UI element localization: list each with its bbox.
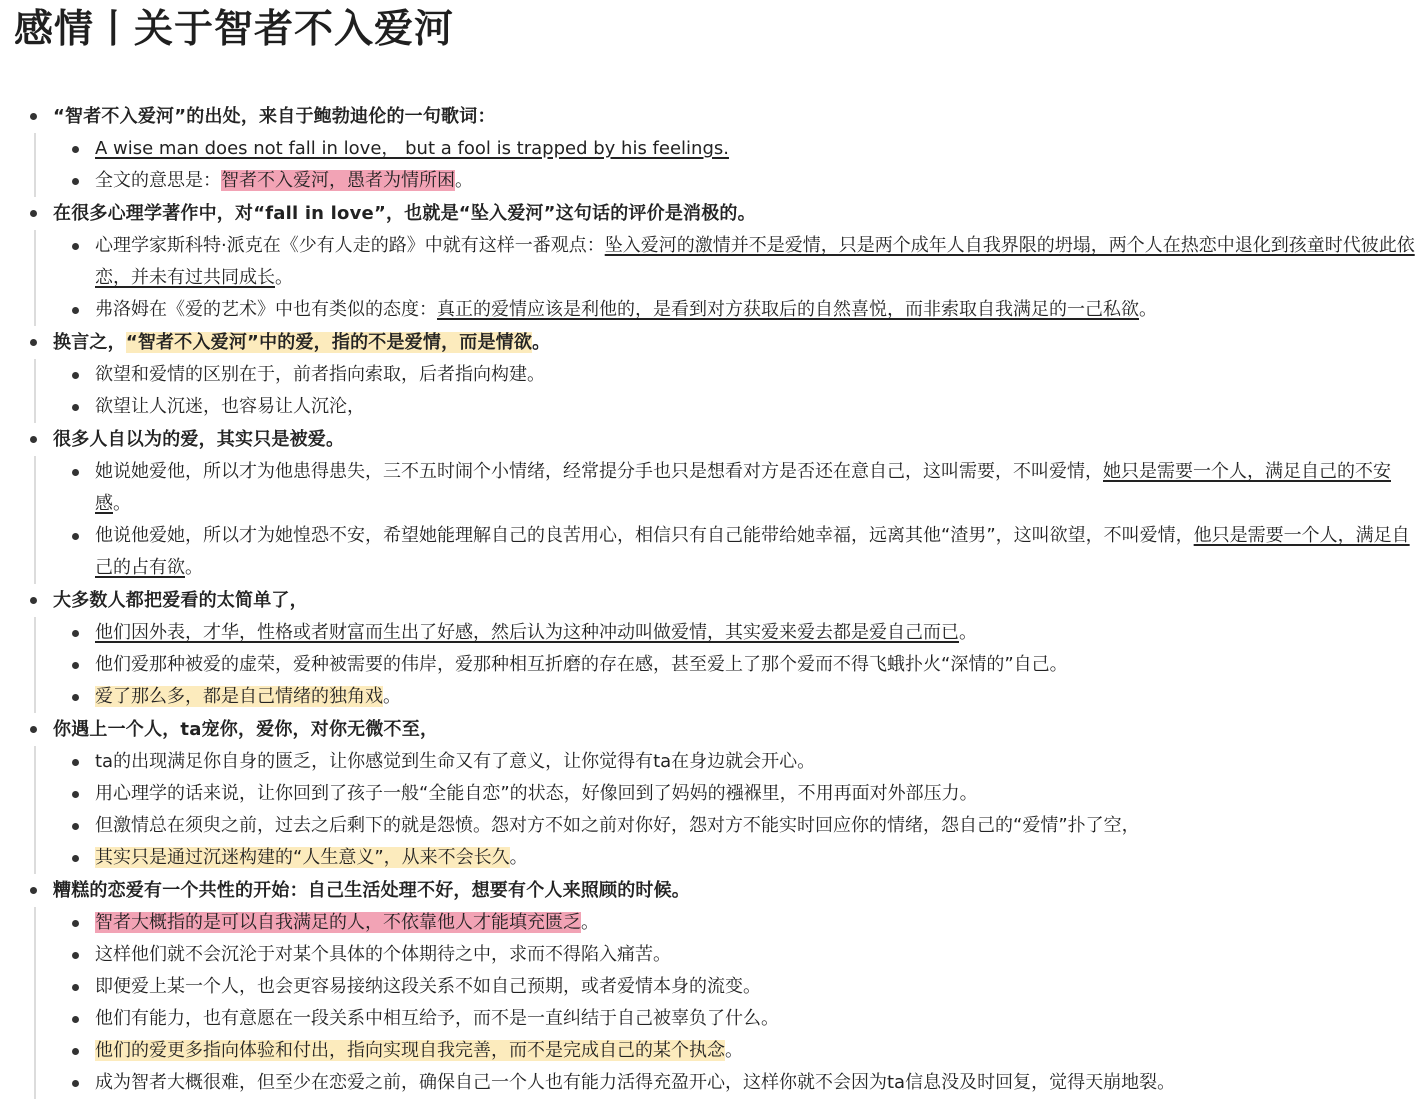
section-heading: “智者不入爱河”的出处，来自于鲍勃迪伦的一句歌词：	[53, 100, 1426, 133]
bullet-dot-icon	[72, 791, 79, 798]
bullet-dot-icon	[72, 533, 79, 540]
bullet-dot-icon	[72, 694, 79, 701]
list-item-text: 他们爱那种被爱的虚荣，爱种被需要的伟岸，爱那种相互折磨的存在感，甚至爱上了那个爱…	[95, 649, 1426, 681]
text-run: 。	[275, 267, 293, 288]
list-item: 这样他们就不会沉沦于对某个具体的个体期待之中，求而不得陷入痛苦。	[55, 939, 1426, 971]
list-item-text: 全文的意思是：智者不入爱河，愚者为情所困。	[95, 165, 1426, 197]
page-title: 感情丨关于智者不入爱河	[14, 0, 1426, 56]
bullet-dot-icon	[72, 307, 79, 314]
list-item-text: 用心理学的话来说，让你回到了孩子一般“全能自恋”的状态，好像回到了妈妈的襁褓里，…	[95, 778, 1426, 810]
list-item-text: 欲望和爱情的区别在于，前者指向索取，后者指向构建。	[95, 359, 1426, 391]
pink-highlight: 智者大概指的是可以自我满足的人，不依靠他人才能填充匮乏	[95, 912, 581, 933]
yellow-highlight: 爱了那么多，都是自己情绪的独角戏	[95, 686, 383, 707]
outline-section: 大多数人都把爱看的太简单了，他们因外表，才华，性格或者财富而生出了好感，然后认为…	[14, 584, 1426, 713]
list-item-text: 智者大概指的是可以自我满足的人，不依靠他人才能填充匮乏。	[95, 907, 1426, 939]
outline-list: “智者不入爱河”的出处，来自于鲍勃迪伦的一句歌词：A wise man does…	[14, 100, 1426, 1099]
section-heading: 你遇上一个人，ta宠你，爱你，对你无微不至，	[53, 713, 1426, 746]
list-item-text: 他们的爱更多指向体验和付出，指向实现自我完善，而不是完成自己的某个执念。	[95, 1035, 1426, 1067]
yellow-highlight: 他们的爱更多指向体验和付出，指向实现自我完善，而不是完成自己的某个执念	[95, 1040, 725, 1061]
list-item: ta的出现满足你自身的匮乏，让你感觉到生命又有了意义，让你觉得有ta在身边就会开…	[55, 746, 1426, 778]
text-run: 他说他爱她，所以才为她惶恐不安，希望她能理解自己的良苦用心，相信只有自己能带给她…	[95, 525, 1194, 546]
section-heading: 大多数人都把爱看的太简单了，	[53, 584, 1426, 617]
bullet-dot-icon	[72, 984, 79, 991]
list-item: 智者大概指的是可以自我满足的人，不依靠他人才能填充匮乏。	[55, 907, 1426, 939]
text-run: 欲望和爱情的区别在于，前者指向索取，后者指向构建。	[95, 364, 545, 385]
text-run: 。	[510, 847, 528, 868]
list-item: 他们因外表，才华，性格或者财富而生出了好感，然后认为这种冲动叫做爱情，其实爱来爱…	[55, 617, 1426, 649]
list-item-text: 欲望让人沉迷，也容易让人沉沦，	[95, 391, 1426, 423]
text-run: 很多人自以为的爱，其实只是被爱。	[53, 429, 344, 450]
list-item: 他说他爱她，所以才为她惶恐不安，希望她能理解自己的良苦用心，相信只有自己能带给她…	[55, 520, 1426, 584]
list-item-text: 这样他们就不会沉沦于对某个具体的个体期待之中，求而不得陷入痛苦。	[95, 939, 1426, 971]
sub-list: ta的出现满足你自身的匮乏，让你感觉到生命又有了意义，让你觉得有ta在身边就会开…	[34, 746, 1426, 874]
bullet-dot-icon	[72, 372, 79, 379]
bullet-dot-icon	[72, 1048, 79, 1055]
yellow-highlight: “智者不入爱河”中的爱，指的不是爱情，而是情欲	[126, 332, 532, 353]
list-item-text: A wise man does not fall in love， but a …	[95, 133, 1426, 165]
text-run: 欲望让人沉迷，也容易让人沉沦，	[95, 396, 365, 417]
list-item: 她说她爱他，所以才为他患得患失，三不五时闹个小情绪，经常提分手也只是想看对方是否…	[55, 456, 1426, 520]
outline-section: 很多人自以为的爱，其实只是被爱。她说她爱他，所以才为他患得患失，三不五时闹个小情…	[14, 423, 1426, 584]
bullet-dot-icon	[72, 469, 79, 476]
bullet-dot-icon	[30, 210, 37, 217]
bullet-dot-icon	[30, 113, 37, 120]
section-heading: 糟糕的恋爱有一个共性的开始：自己生活处理不好，想要有个人来照顾的时候。	[53, 874, 1426, 907]
list-item: 即便爱上某一个人，也会更容易接纳这段关系不如自己预期，或者爱情本身的流变。	[55, 971, 1426, 1003]
bullet-dot-icon	[72, 243, 79, 250]
text-run: 即便爱上某一个人，也会更容易接纳这段关系不如自己预期，或者爱情本身的流变。	[95, 976, 761, 997]
text-run: 你遇上一个人，ta宠你，爱你，对你无微不至，	[53, 719, 438, 740]
outline-section: 糟糕的恋爱有一个共性的开始：自己生活处理不好，想要有个人来照顾的时候。智者大概指…	[14, 874, 1426, 1099]
text-run: ta的出现满足你自身的匮乏，让你感觉到生命又有了意义，让你觉得有ta在身边就会开…	[95, 751, 815, 772]
text-run: 。	[532, 332, 550, 353]
section-heading: 在很多心理学著作中，对“fall in love”，也就是“坠入爱河”这句话的评…	[53, 197, 1426, 230]
list-item: 但激情总在须臾之前，过去之后剩下的就是怨愤。怨对方不如之前对你好，怨对方不能实时…	[55, 810, 1426, 842]
list-item: 欲望让人沉迷，也容易让人沉沦，	[55, 391, 1426, 423]
bullet-dot-icon	[72, 759, 79, 766]
text-run: 大多数人都把爱看的太简单了，	[53, 590, 308, 611]
text-run: 这样他们就不会沉沦于对某个具体的个体期待之中，求而不得陷入痛苦。	[95, 944, 671, 965]
section-heading: 很多人自以为的爱，其实只是被爱。	[53, 423, 1426, 456]
list-item-text: 但激情总在须臾之前，过去之后剩下的就是怨愤。怨对方不如之前对你好，怨对方不能实时…	[95, 810, 1426, 842]
underlined-text: 他们因外表，才华，性格或者财富而生出了好感，然后认为这种冲动叫做爱情，其实爱来爱…	[95, 622, 959, 643]
bullet-dot-icon	[72, 662, 79, 669]
text-run: 全文的意思是：	[95, 170, 221, 191]
pink-highlight: 智者不入爱河，愚者为情所困	[221, 170, 455, 191]
document-page: 感情丨关于智者不入爱河 “智者不入爱河”的出处，来自于鲍勃迪伦的一句歌词：A w…	[0, 0, 1426, 1099]
bullet-dot-icon	[72, 823, 79, 830]
bullet-dot-icon	[30, 726, 37, 733]
list-item: 弗洛姆在《爱的艺术》中也有类似的态度：真正的爱情应该是利他的，是看到对方获取后的…	[55, 294, 1426, 326]
list-item: 爱了那么多，都是自己情绪的独角戏。	[55, 681, 1426, 713]
bullet-dot-icon	[72, 1080, 79, 1087]
bullet-dot-icon	[30, 436, 37, 443]
bullet-dot-icon	[72, 178, 79, 185]
bullet-dot-icon	[72, 1016, 79, 1023]
outline-section: “智者不入爱河”的出处，来自于鲍勃迪伦的一句歌词：A wise man does…	[14, 100, 1426, 197]
bullet-dot-icon	[30, 597, 37, 604]
text-run: 心理学家斯科特·派克在《少有人走的路》中就有这样一番观点：	[95, 235, 605, 256]
text-run: 。	[1139, 299, 1157, 320]
list-item-text: 成为智者大概很难，但至少在恋爱之前，确保自己一个人也有能力活得充盈开心，这样你就…	[95, 1067, 1426, 1099]
text-run: 。	[581, 912, 599, 933]
bullet-dot-icon	[72, 855, 79, 862]
sub-list: 她说她爱他，所以才为他患得患失，三不五时闹个小情绪，经常提分手也只是想看对方是否…	[34, 456, 1426, 584]
text-run: 糟糕的恋爱有一个共性的开始：自己生活处理不好，想要有个人来照顾的时候。	[53, 880, 690, 901]
yellow-highlight: 其实只是通过沉迷构建的“人生意义”，从来不会长久	[95, 847, 510, 868]
text-run: 他们爱那种被爱的虚荣，爱种被需要的伟岸，爱那种相互折磨的存在感，甚至爱上了那个爱…	[95, 654, 1068, 675]
bullet-dot-icon	[72, 952, 79, 959]
list-item-text: 爱了那么多，都是自己情绪的独角戏。	[95, 681, 1426, 713]
list-item: 他们有能力，也有意愿在一段关系中相互给予，而不是一直纠结于自己被辜负了什么。	[55, 1003, 1426, 1035]
section-heading: 换言之，“智者不入爱河”中的爱，指的不是爱情，而是情欲。	[53, 326, 1426, 359]
text-run: 。	[455, 170, 473, 191]
list-item: 成为智者大概很难，但至少在恋爱之前，确保自己一个人也有能力活得充盈开心，这样你就…	[55, 1067, 1426, 1099]
text-run: 。	[959, 622, 977, 643]
list-item-text: 他说他爱她，所以才为她惶恐不安，希望她能理解自己的良苦用心，相信只有自己能带给她…	[95, 520, 1426, 584]
list-item-text: 她说她爱他，所以才为他患得患失，三不五时闹个小情绪，经常提分手也只是想看对方是否…	[95, 456, 1426, 520]
outline-section: 换言之，“智者不入爱河”中的爱，指的不是爱情，而是情欲。欲望和爱情的区别在于，前…	[14, 326, 1426, 423]
bullet-dot-icon	[72, 146, 79, 153]
list-item: A wise man does not fall in love， but a …	[55, 133, 1426, 165]
text-run: 。	[113, 493, 131, 514]
outline-section: 在很多心理学著作中，对“fall in love”，也就是“坠入爱河”这句话的评…	[14, 197, 1426, 326]
sub-list: 智者大概指的是可以自我满足的人，不依靠他人才能填充匮乏。这样他们就不会沉沦于对某…	[34, 907, 1426, 1099]
list-item: 欲望和爱情的区别在于，前者指向索取，后者指向构建。	[55, 359, 1426, 391]
bullet-dot-icon	[72, 404, 79, 411]
list-item: 用心理学的话来说，让你回到了孩子一般“全能自恋”的状态，好像回到了妈妈的襁褓里，…	[55, 778, 1426, 810]
list-item-text: ta的出现满足你自身的匮乏，让你感觉到生命又有了意义，让你觉得有ta在身边就会开…	[95, 746, 1426, 778]
bullet-dot-icon	[72, 630, 79, 637]
list-item: 心理学家斯科特·派克在《少有人走的路》中就有这样一番观点：坠入爱河的激情并不是爱…	[55, 230, 1426, 294]
list-item: 他们的爱更多指向体验和付出，指向实现自我完善，而不是完成自己的某个执念。	[55, 1035, 1426, 1067]
text-run: 用心理学的话来说，让你回到了孩子一般“全能自恋”的状态，好像回到了妈妈的襁褓里，…	[95, 783, 978, 804]
text-run: 成为智者大概很难，但至少在恋爱之前，确保自己一个人也有能力活得充盈开心，这样你就…	[95, 1072, 1175, 1093]
bullet-dot-icon	[30, 339, 37, 346]
text-run: 但激情总在须臾之前，过去之后剩下的就是怨愤。怨对方不如之前对你好，怨对方不能实时…	[95, 815, 1140, 836]
underlined-text: A wise man does not fall in love， but a …	[95, 138, 729, 159]
list-item-text: 心理学家斯科特·派克在《少有人走的路》中就有这样一番观点：坠入爱河的激情并不是爱…	[95, 230, 1426, 294]
underlined-text: 真正的爱情应该是利他的，是看到对方获取后的自然喜悦，而非索取自我满足的一己私欲	[437, 299, 1139, 320]
text-run: 弗洛姆在《爱的艺术》中也有类似的态度：	[95, 299, 437, 320]
text-run: 。	[383, 686, 401, 707]
list-item: 其实只是通过沉迷构建的“人生意义”，从来不会长久。	[55, 842, 1426, 874]
outline-section: 你遇上一个人，ta宠你，爱你，对你无微不至，ta的出现满足你自身的匮乏，让你感觉…	[14, 713, 1426, 874]
list-item-text: 即便爱上某一个人，也会更容易接纳这段关系不如自己预期，或者爱情本身的流变。	[95, 971, 1426, 1003]
list-item-text: 他们有能力，也有意愿在一段关系中相互给予，而不是一直纠结于自己被辜负了什么。	[95, 1003, 1426, 1035]
text-run: 。	[185, 557, 203, 578]
list-item-text: 他们因外表，才华，性格或者财富而生出了好感，然后认为这种冲动叫做爱情，其实爱来爱…	[95, 617, 1426, 649]
list-item: 他们爱那种被爱的虚荣，爱种被需要的伟岸，爱那种相互折磨的存在感，甚至爱上了那个爱…	[55, 649, 1426, 681]
list-item-text: 弗洛姆在《爱的艺术》中也有类似的态度：真正的爱情应该是利他的，是看到对方获取后的…	[95, 294, 1426, 326]
text-run: 在很多心理学著作中，对“fall in love”，也就是“坠入爱河”这句话的评…	[53, 203, 756, 224]
text-run: 她说她爱他，所以才为他患得患失，三不五时闹个小情绪，经常提分手也只是想看对方是否…	[95, 461, 1103, 482]
sub-list: 他们因外表，才华，性格或者财富而生出了好感，然后认为这种冲动叫做爱情，其实爱来爱…	[34, 617, 1426, 713]
text-run: 他们有能力，也有意愿在一段关系中相互给予，而不是一直纠结于自己被辜负了什么。	[95, 1008, 779, 1029]
sub-list: 心理学家斯科特·派克在《少有人走的路》中就有这样一番观点：坠入爱河的激情并不是爱…	[34, 230, 1426, 326]
list-item: 全文的意思是：智者不入爱河，愚者为情所困。	[55, 165, 1426, 197]
sub-list: A wise man does not fall in love， but a …	[34, 133, 1426, 197]
bullet-dot-icon	[72, 920, 79, 927]
sub-list: 欲望和爱情的区别在于，前者指向索取，后者指向构建。欲望让人沉迷，也容易让人沉沦，	[34, 359, 1426, 423]
text-run: 。	[725, 1040, 743, 1061]
bullet-dot-icon	[30, 887, 37, 894]
text-run: 换言之，	[53, 332, 126, 353]
list-item-text: 其实只是通过沉迷构建的“人生意义”，从来不会长久。	[95, 842, 1426, 874]
text-run: “智者不入爱河”的出处，来自于鲍勃迪伦的一句歌词：	[53, 106, 496, 127]
